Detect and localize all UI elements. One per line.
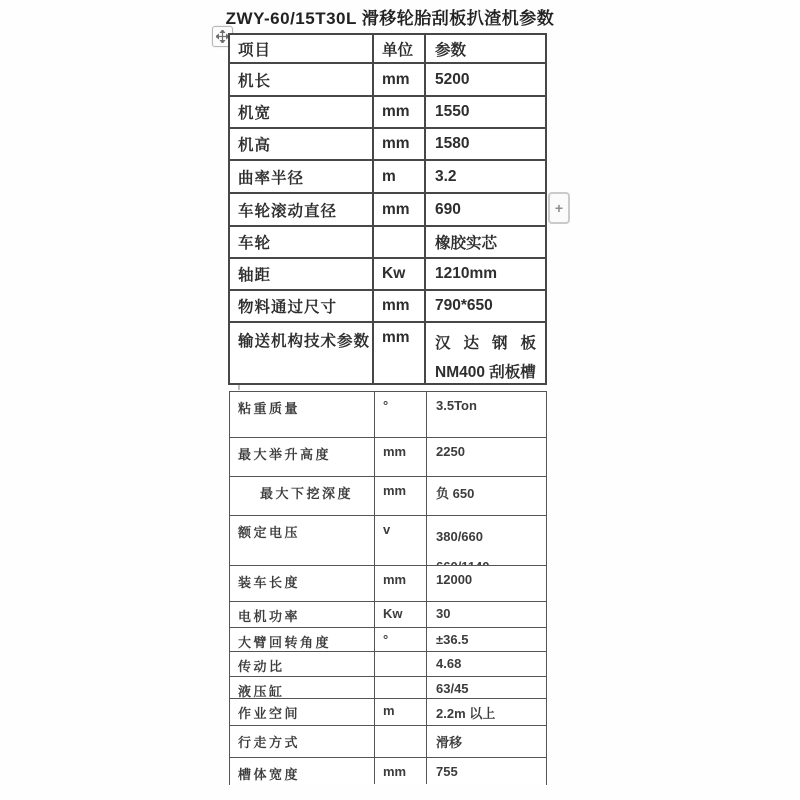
unit-cell: mm [374,97,426,127]
item-cell: 输送机构技术参数 [230,323,374,383]
value-cell: 负 650 [427,477,546,515]
unit-cell: mm [374,323,426,383]
value-line-1: 汉 达 钢 板 [435,329,545,358]
spec-table-secondary: 粘重质量 ° 3.5Ton 最大举升高度 mm 2250 最大下挖深度 mm 负… [229,391,547,785]
table-row: 大臂回转角度 ° ±36.5 [230,628,546,652]
value-cell: 790*650 [426,291,545,321]
table-row: 装车长度 mm 12000 [230,566,546,602]
table-row: 粘重质量 ° 3.5Ton [230,392,546,438]
table-row: 最大举升高度 mm 2250 [230,438,546,477]
item-cell: 装车长度 [230,566,375,601]
value-cell: 63/45 [427,677,546,698]
header-value: 参数 [426,35,545,62]
item-cell: 物料通过尺寸 [230,291,374,321]
table-row: 作业空间 m 2.2m 以上 [230,699,546,726]
value-cell: 1210mm [426,259,545,289]
value-cell: 1580 [426,129,545,159]
value-line-2: NM400 刮板槽 [435,358,545,383]
value-cell: 755 [427,758,546,784]
value-cell: 2250 [427,438,546,476]
table-row: 液压缸 63/45 [230,677,546,699]
value-cell: 汉 达 钢 板 NM400 刮板槽 [426,323,545,383]
table-row: 输送机构技术参数 mm 汉 达 钢 板 NM400 刮板槽 [230,323,545,383]
unit-cell: Kw [375,602,427,627]
unit-cell [374,227,426,257]
value-cell: ±36.5 [427,628,546,651]
item-cell: 机高 [230,129,374,159]
table-header-row: 项目 单位 参数 [230,35,545,64]
item-cell: 额定电压 [230,516,375,565]
unit-cell: mm [375,566,427,601]
item-cell: 作业空间 [230,699,375,725]
unit-cell: mm [375,758,427,784]
item-cell: 最大举升高度 [230,438,375,476]
item-cell: 电机功率 [230,602,375,627]
unit-cell: Kw [374,259,426,289]
table-row: 曲率半径 m 3.2 [230,161,545,194]
unit-cell: mm [374,64,426,95]
item-cell: 液压缸 [230,677,375,698]
value-cell: 5200 [426,64,545,95]
unit-cell: v [375,516,427,565]
table-row: 车轮 橡胶实芯 [230,227,545,259]
insert-plus-button[interactable]: + [548,192,570,224]
table-row: 车轮滚动直径 mm 690 [230,194,545,227]
value-line-2: 660/1140 [436,552,546,565]
plus-icon: + [555,200,563,216]
unit-cell [375,677,427,698]
value-cell: 橡胶实芯 [426,227,545,257]
value-cell: 2.2m 以上 [427,699,546,725]
table-row: 机高 mm 1580 [230,129,545,161]
unit-cell: m [375,699,427,725]
unit-cell: mm [375,477,427,515]
item-cell: 车轮滚动直径 [230,194,374,225]
value-cell: 690 [426,194,545,225]
header-item: 项目 [230,35,374,62]
item-cell: 槽体宽度 [230,758,375,784]
table-row: 轴距 Kw 1210mm [230,259,545,291]
unit-cell: m [374,161,426,192]
unit-cell: ° [375,392,427,437]
item-cell: 曲率半径 [230,161,374,192]
table-row: 机长 mm 5200 [230,64,545,97]
value-cell: 12000 [427,566,546,601]
unit-cell: mm [374,194,426,225]
value-cell: 30 [427,602,546,627]
table-row: 槽体宽度 mm 755 [230,758,546,784]
unit-cell [375,726,427,757]
table-row: 传动比 4.68 [230,652,546,677]
table-row: 电机功率 Kw 30 [230,602,546,628]
value-cell: 滑移 [427,726,546,757]
item-cell: 大臂回转角度 [230,628,375,651]
item-cell: 车轮 [230,227,374,257]
item-cell: 传动比 [230,652,375,676]
table-row: 行走方式 滑移 [230,726,546,758]
table-row: 机宽 mm 1550 [230,97,545,129]
item-cell: 机宽 [230,97,374,127]
value-cell: 4.68 [427,652,546,676]
item-cell: 最大下挖深度 [230,477,375,515]
unit-cell: mm [374,291,426,321]
table-row: 物料通过尺寸 mm 790*650 [230,291,545,323]
value-cell: 1550 [426,97,545,127]
item-cell: 机长 [230,64,374,95]
value-cell: 3.2 [426,161,545,192]
value-cell: 380/660 660/1140 [427,516,546,565]
value-line-1: 380/660 [436,522,546,552]
item-cell: 粘重质量 [230,392,375,437]
spec-table-main: 项目 单位 参数 机长 mm 5200 机宽 mm 1550 机高 mm 158… [228,33,547,385]
table-row: 最大下挖深度 mm 负 650 [230,477,546,516]
unit-cell: ° [375,628,427,651]
table-row: 额定电压 v 380/660 660/1140 [230,516,546,566]
unit-cell: mm [374,129,426,159]
unit-cell [375,652,427,676]
unit-cell: mm [375,438,427,476]
header-unit: 单位 [374,35,426,62]
item-cell: 轴距 [230,259,374,289]
value-cell: 3.5Ton [427,392,546,437]
item-cell: 行走方式 [230,726,375,757]
